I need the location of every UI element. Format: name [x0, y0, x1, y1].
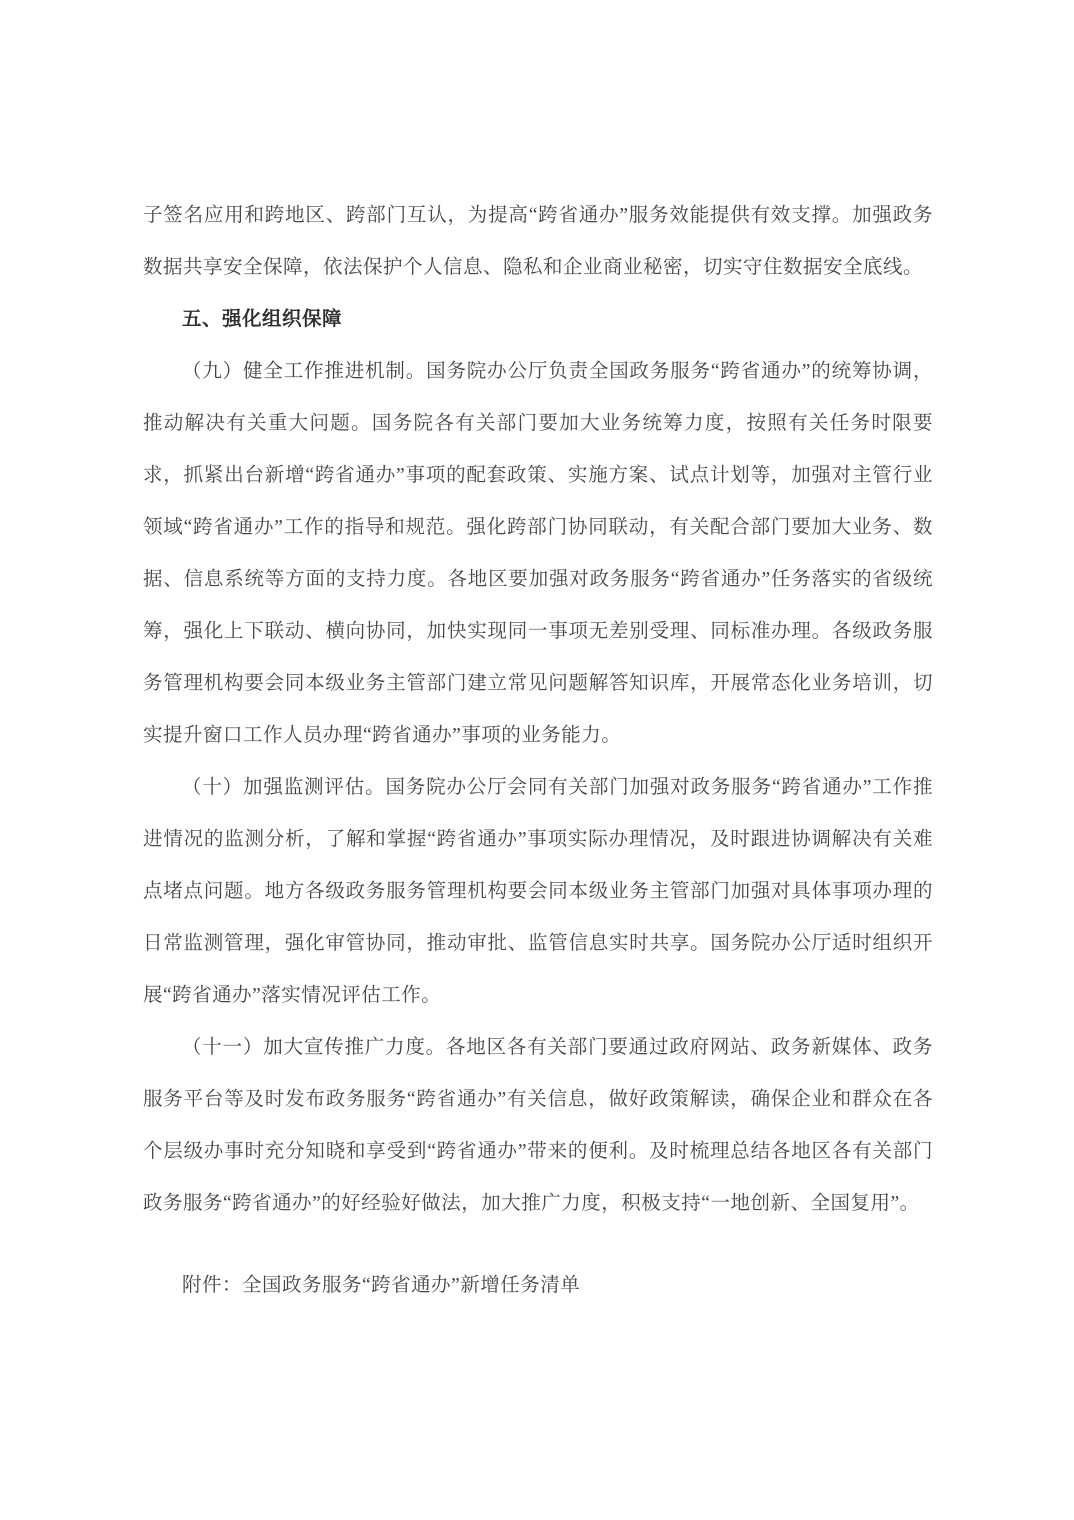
paragraph-clause-9: （九）健全工作推进机制。国务院办公厅负责全国政务服务“跨省通办”的统筹协调，推动… — [143, 346, 933, 762]
section-heading: 五、强化组织保障 — [143, 294, 933, 346]
paragraph-clause-9-lead: （九）健全工作推进机制。 — [182, 361, 426, 382]
text-content: 子签名应用和跨地区、跨部门互认，为提高“跨省通办”服务效能提供有效支撑。加强政务… — [143, 190, 933, 1312]
paragraph-clause-11-body: 各地区各有关部门要通过政府网站、政务新媒体、政务服务平台等及时发布政务服务“跨省… — [143, 1037, 933, 1214]
paragraph-clause-10: （十）加强监测评估。国务院办公厅会同有关部门加强对政务服务“跨省通办”工作推进情… — [143, 762, 933, 1022]
paragraph-clause-9-body: 国务院办公厅负责全国政务服务“跨省通办”的统筹协调，推动解决有关重大问题。国务院… — [143, 361, 933, 746]
paragraph-clause-11: （十一）加大宣传推广力度。各地区各有关部门要通过政府网站、政务新媒体、政务服务平… — [143, 1022, 933, 1230]
paragraph-clause-11-lead: （十一）加大宣传推广力度。 — [182, 1037, 446, 1058]
continuation-paragraph: 子签名应用和跨地区、跨部门互认，为提高“跨省通办”服务效能提供有效支撑。加强政务… — [143, 190, 933, 294]
document-page: 子签名应用和跨地区、跨部门互认，为提高“跨省通办”服务效能提供有效支撑。加强政务… — [0, 0, 1074, 1520]
attachment-line: 附件：全国政务服务“跨省通办”新增任务清单 — [143, 1260, 933, 1312]
paragraph-clause-10-body: 国务院办公厅会同有关部门加强对政务服务“跨省通办”工作推进情况的监测分析，了解和… — [143, 777, 933, 1006]
paragraph-clause-10-lead: （十）加强监测评估。 — [182, 777, 385, 798]
